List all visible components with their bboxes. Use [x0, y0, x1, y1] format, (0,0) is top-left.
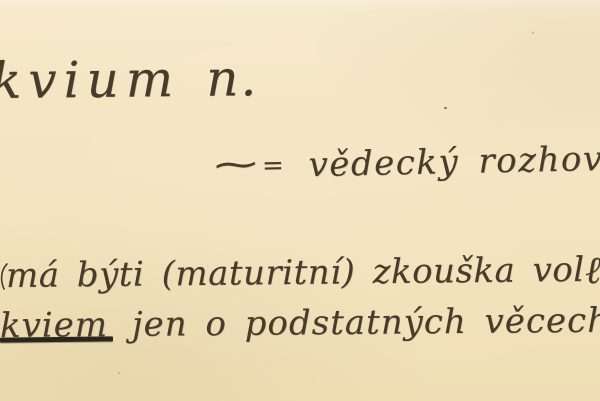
definition-text: vědecký rozhovor	[308, 138, 600, 185]
gender-abbreviation: n.	[206, 49, 259, 108]
headword-line: kviumn.	[0, 49, 259, 110]
headword-fragment: kvium	[0, 50, 180, 110]
body-line-1: má býti (maturitní) zkouška vol	[6, 250, 585, 296]
equals-sign: =	[262, 151, 286, 181]
definition-line: ~= vědecký rozhovor	[222, 138, 600, 187]
headword-tilde-mark: ~	[210, 144, 265, 185]
paper-speck	[532, 32, 534, 34]
paper-speck	[118, 372, 120, 374]
paper-speck	[444, 107, 447, 109]
body-line-1-text: má býti (maturitní) zkouška vol	[6, 250, 585, 296]
body-line-2-rest: jen o podstatných věcech.	[132, 301, 600, 345]
cut-letter-fragment-right: ℓ	[585, 248, 600, 293]
